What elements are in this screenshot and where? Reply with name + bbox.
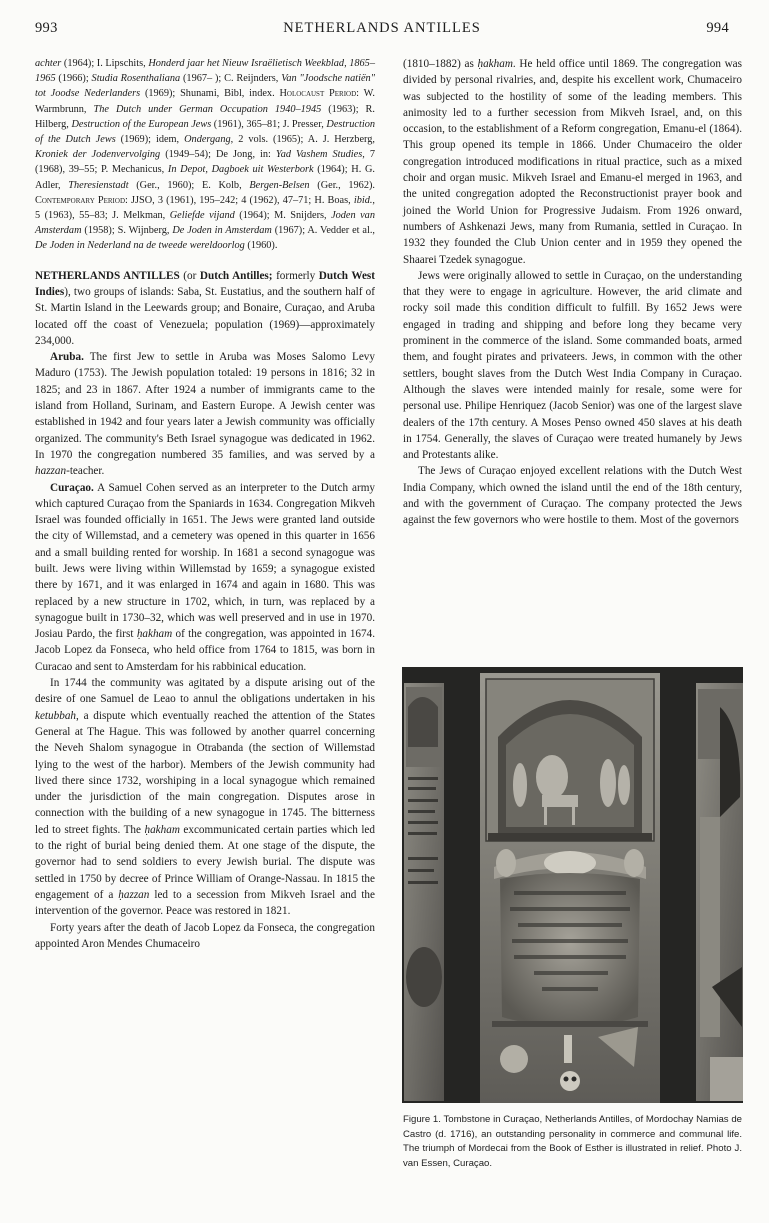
figure-caption: Figure 1. Tombstone in Curaçao, Netherla… [403,1113,742,1171]
right-column: (1810–1882) as ḥakham. He held office un… [403,56,742,529]
paragraph: Aruba. The first Jew to settle in Aruba … [35,349,375,479]
bibliography: achter (1964); I. Lipschits, Honderd jaa… [35,56,375,254]
paragraph: Curaçao. A Samuel Cohen served as an int… [35,480,375,676]
figure-photo [402,667,743,1103]
left-column: achter (1964); I. Lipschits, Honderd jaa… [35,56,375,952]
article-body-left: NETHERLANDS ANTILLES (or Dutch Antilles;… [35,268,375,952]
page-number-right: 994 [706,20,729,37]
paragraph: NETHERLANDS ANTILLES (or Dutch Antilles;… [35,268,375,349]
paragraph: (1810–1882) as ḥakham. He held office un… [403,56,742,268]
running-title: NETHERLANDS ANTILLES [35,20,729,37]
paragraph: The Jews of Curaçao enjoyed excellent re… [403,463,742,528]
paragraph: Forty years after the death of Jacob Lop… [35,920,375,953]
running-header: 993 NETHERLANDS ANTILLES 994 [35,20,729,42]
tombstone-image [402,667,743,1103]
paragraph: Jews were originally allowed to settle i… [403,268,742,464]
paragraph: In 1744 the community was agitated by a … [35,675,375,919]
article-body-right: (1810–1882) as ḥakham. He held office un… [403,56,742,529]
